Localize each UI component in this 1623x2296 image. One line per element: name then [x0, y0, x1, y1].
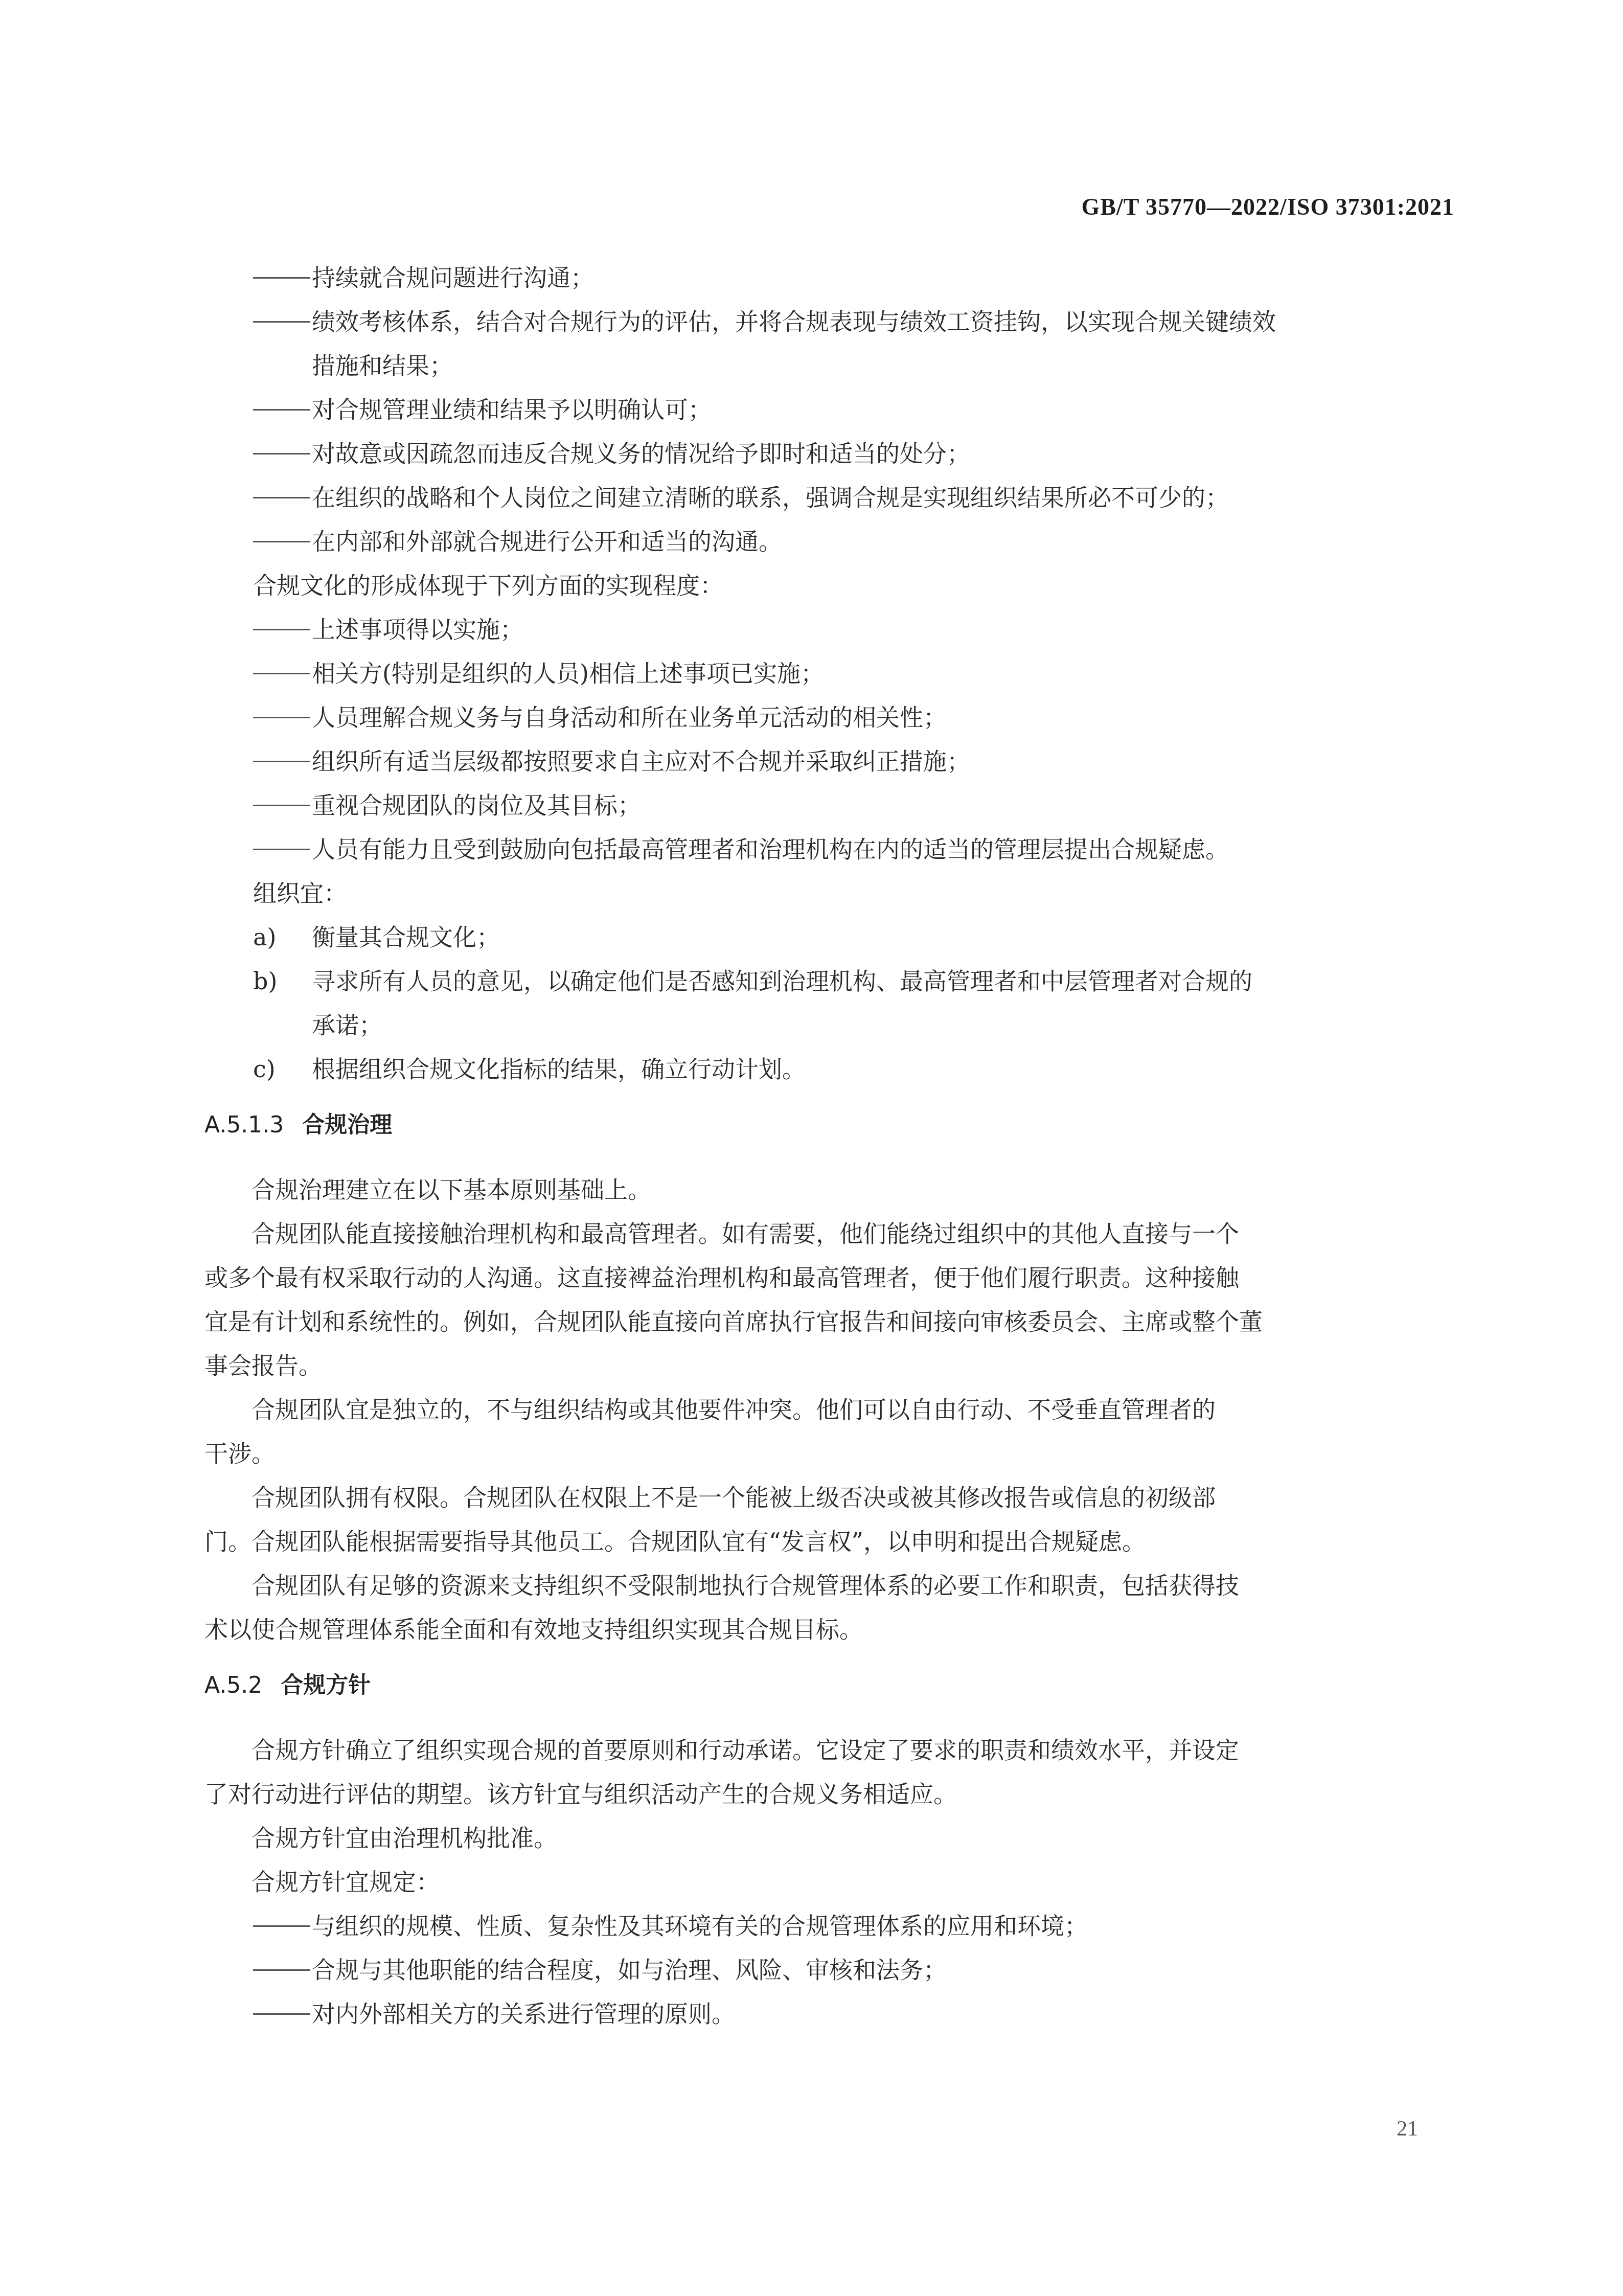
paragraph-line: 或多个最有权采取行动的人沟通。这直接裨益治理机构和最高管理者，便于他们履行职责。… [204, 1256, 1465, 1300]
paragraph: 合规团队拥有权限。合规团队在权限上不是一个能被上级否决或被其修改报告或信息的初级… [204, 1475, 1465, 1563]
paragraph-line: 合规团队宜是独立的，不与组织结构或其他要件冲突。他们可以自由行动、不受垂直管理者… [204, 1388, 1465, 1431]
section-title: 合规治理 [302, 1112, 392, 1138]
paragraph-line: 门。合规团队能根据需要指导其他员工。合规团队宜有“发言权”，以申明和提出合规疑虑… [204, 1519, 1465, 1563]
paragraph-line: 合规方针宜规定： [204, 1860, 1465, 1904]
org-should-label: 组织宜： [253, 871, 1465, 915]
dash-item-continuation: 措施和结果； [253, 344, 1465, 388]
dash-item: 重视合规团队的岗位及其目标； [253, 783, 1465, 827]
paragraph: 合规方针宜规定： [204, 1860, 1465, 1904]
list-text: 衡量其合规文化； [312, 915, 1465, 959]
culture-intro: 合规文化的形成体现于下列方面的实现程度： [253, 563, 1465, 607]
section-number: A.5.1.3 [204, 1112, 284, 1138]
paragraph-line: 合规团队有足够的资源来支持组织不受限制地执行合规管理体系的必要工作和职责，包括获… [204, 1563, 1465, 1607]
paragraph: 合规团队能直接接触治理机构和最高管理者。如有需要，他们能绕过组织中的其他人直接与… [204, 1212, 1465, 1388]
paragraph-line: 合规方针宜由治理机构批准。 [204, 1816, 1465, 1860]
lettered-item-c: c) 根据组织合规文化指标的结果，确立行动计划。 [253, 1047, 1465, 1091]
list-label: b) [253, 959, 312, 1003]
list-text: 根据组织合规文化指标的结果，确立行动计划。 [312, 1047, 1465, 1091]
paragraph-line: 合规团队拥有权限。合规团队在权限上不是一个能被上级否决或被其修改报告或信息的初级… [204, 1475, 1465, 1519]
dash-item: 在内部和外部就合规进行公开和适当的沟通。 [253, 519, 1465, 563]
dash-item: 人员理解合规义务与自身活动和所在业务单元活动的相关性； [253, 695, 1465, 739]
paragraph: 合规团队宜是独立的，不与组织结构或其他要件冲突。他们可以自由行动、不受垂直管理者… [204, 1388, 1465, 1475]
dash-item: 对故意或因疏忽而违反合规义务的情况给予即时和适当的处分； [253, 431, 1465, 475]
paragraph: 合规方针确立了组织实现合规的首要原则和行动承诺。它设定了要求的职责和绩效水平，并… [204, 1728, 1465, 1816]
list-label: c) [253, 1047, 312, 1091]
dash-item: 绩效考核体系，结合对合规行为的评估，并将合规表现与绩效工资挂钩，以实现合规关键绩… [253, 300, 1465, 344]
paragraph-line: 了对行动进行评估的期望。该方针宜与组织活动产生的合规义务相适应。 [204, 1772, 1465, 1816]
dash-item: 对合规管理业绩和结果予以明确认可； [253, 388, 1465, 431]
list-text: 寻求所有人员的意见，以确定他们是否感知到治理机构、最高管理者和中层管理者对合规的 [312, 959, 1465, 1003]
paragraph-line: 合规方针确立了组织实现合规的首要原则和行动承诺。它设定了要求的职责和绩效水平，并… [204, 1728, 1465, 1772]
dash-item: 在组织的战略和个人岗位之间建立清晰的联系，强调合规是实现组织结果所必不可少的； [253, 475, 1465, 519]
page-number: 21 [1397, 2117, 1418, 2141]
paragraph-line: 事会报告。 [204, 1344, 1465, 1388]
section-number: A.5.2 [204, 1672, 262, 1698]
paragraph: 合规治理建立在以下基本原则基础上。 [204, 1168, 1465, 1212]
dash-item: 人员有能力且受到鼓励向包括最高管理者和治理机构在内的适当的管理层提出合规疑虑。 [253, 827, 1465, 871]
list-label: a) [253, 915, 312, 959]
list-text-continuation: 承诺； [253, 1003, 1465, 1047]
section-heading-a52: A.5.2合规方针 [204, 1664, 1465, 1708]
dash-item: 持续就合规问题进行沟通； [253, 256, 1465, 300]
dash-item: 上述事项得以实施； [253, 607, 1465, 651]
paragraph-line: 干涉。 [204, 1431, 1465, 1475]
lettered-item-a: a) 衡量其合规文化； [253, 915, 1465, 959]
dash-item: 对内外部相关方的关系进行管理的原则。 [253, 1992, 1465, 2036]
paragraph-line: 合规团队能直接接触治理机构和最高管理者。如有需要，他们能绕过组织中的其他人直接与… [204, 1212, 1465, 1256]
paragraph: 合规方针宜由治理机构批准。 [204, 1816, 1465, 1860]
paragraph: 合规团队有足够的资源来支持组织不受限制地执行合规管理体系的必要工作和职责，包括获… [204, 1563, 1465, 1651]
lettered-item-b: b) 寻求所有人员的意见，以确定他们是否感知到治理机构、最高管理者和中层管理者对… [253, 959, 1465, 1003]
dash-item: 合规与其他职能的结合程度，如与治理、风险、审核和法务； [253, 1948, 1465, 1992]
page-content: 持续就合规问题进行沟通； 绩效考核体系，结合对合规行为的评估，并将合规表现与绩效… [253, 256, 1465, 2036]
dash-item: 相关方(特别是组织的人员)相信上述事项已实施； [253, 651, 1465, 695]
standard-number-header: GB/T 35770—2022/ISO 37301:2021 [1082, 193, 1454, 220]
dash-item: 组织所有适当层级都按照要求自主应对不合规并采取纠正措施； [253, 739, 1465, 783]
paragraph-line: 宜是有计划和系统性的。例如，合规团队能直接向首席执行官报告和间接向审核委员会、主… [204, 1300, 1465, 1344]
dash-item: 与组织的规模、性质、复杂性及其环境有关的合规管理体系的应用和环境； [253, 1904, 1465, 1948]
section-title: 合规方针 [281, 1672, 371, 1698]
section-heading-a513: A.5.1.3合规治理 [204, 1103, 1465, 1147]
paragraph-line: 合规治理建立在以下基本原则基础上。 [204, 1168, 1465, 1212]
paragraph-line: 术以使合规管理体系能全面和有效地支持组织实现其合规目标。 [204, 1607, 1465, 1651]
